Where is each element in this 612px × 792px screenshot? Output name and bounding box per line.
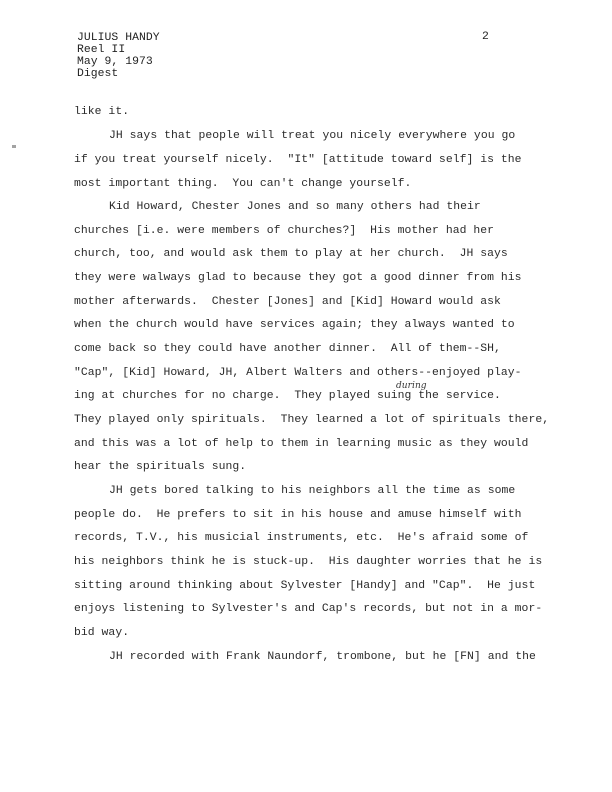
text-line: ing at churches for no charge. They play… xyxy=(74,389,501,403)
header-date: May 9, 1973 xyxy=(77,56,153,68)
text-line: people do. He prefers to sit in his hous… xyxy=(74,508,522,522)
text-line: most important thing. You can't change y… xyxy=(74,177,411,191)
text-line: mother afterwards. Chester [Jones] and [… xyxy=(74,295,501,309)
text-line: and this was a lot of help to them in le… xyxy=(74,437,528,451)
text-line: like it. xyxy=(74,105,129,119)
page-number: 2 xyxy=(482,31,489,43)
text-line: hear the spirituals sung. xyxy=(74,460,246,474)
text-line: they were walways glad to because they g… xyxy=(74,271,522,285)
text-line: come back so they could have another din… xyxy=(74,342,501,356)
header-type: Digest xyxy=(77,68,118,80)
text-line: Kid Howard, Chester Jones and so many ot… xyxy=(109,200,481,214)
text-line: his neighbors think he is stuck-up. His … xyxy=(74,555,542,569)
text-line: when the church would have services agai… xyxy=(74,318,515,332)
header-name: JULIUS HANDY xyxy=(77,32,160,44)
text-line: records, T.V., his musicial instruments,… xyxy=(74,531,528,545)
text-line: sitting around thinking about Sylvester … xyxy=(74,579,535,593)
text-line: church, too, and would ask them to play … xyxy=(74,247,508,261)
handwritten-insert: during xyxy=(396,381,427,391)
text-line: enjoys listening to Sylvester's and Cap'… xyxy=(74,602,542,616)
text-line: JH recorded with Frank Naundorf, trombon… xyxy=(109,650,536,664)
text-line: churches [i.e. were members of churches?… xyxy=(74,224,494,238)
scan-speck xyxy=(12,145,16,148)
document-page: JULIUS HANDY Reel II May 9, 1973 Digest … xyxy=(0,0,612,792)
text-line: if you treat yourself nicely. "It" [atti… xyxy=(74,153,522,167)
text-line: They played only spirituals. They learne… xyxy=(74,413,549,427)
header-reel: Reel II xyxy=(77,44,125,56)
text-line: bid way. xyxy=(74,626,129,640)
text-line: JH gets bored talking to his neighbors a… xyxy=(109,484,515,498)
text-line: "Cap", [Kid] Howard, JH, Albert Walters … xyxy=(74,366,522,380)
text-line: JH says that people will treat you nicel… xyxy=(109,129,515,143)
